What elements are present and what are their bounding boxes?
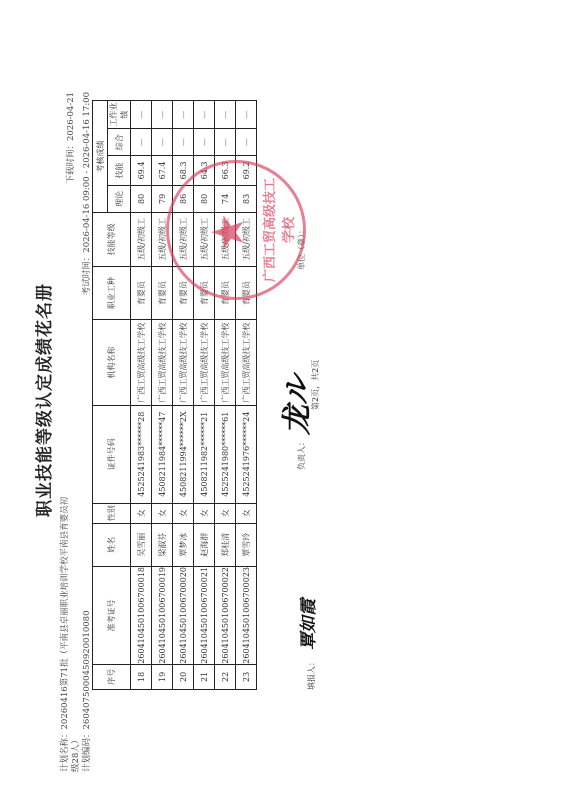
cell-id: 4508211994******2X <box>173 405 194 503</box>
cell-id: 4508211982******21 <box>194 405 215 503</box>
cell-gender: 女 <box>215 503 236 523</box>
cell-org: 广西工贸高级技工学校 <box>215 320 236 405</box>
download-time-label: 下载时间： <box>66 141 76 184</box>
cell-seq: 18 <box>131 664 152 689</box>
cell-overall: — <box>236 129 257 156</box>
cell-level: 五级/初级工 <box>131 212 152 266</box>
header-skill: 技能 <box>108 156 131 186</box>
cell-overall: — <box>215 129 236 156</box>
cell-overall: — <box>152 129 173 156</box>
cell-ticket: 2604104501006700020 <box>173 566 194 664</box>
cell-work: — <box>215 101 236 129</box>
cell-seq: 22 <box>215 664 236 689</box>
seal-text: 广西工贸高级技工学校 <box>259 173 297 287</box>
header-occupation: 职业工种 <box>93 266 131 320</box>
header-seq: 序号 <box>93 664 131 689</box>
cell-org: 广西工贸高级技工学校 <box>236 320 257 405</box>
cell-overall: — <box>173 129 194 156</box>
cell-gender: 女 <box>236 503 257 523</box>
cell-theory: 80 <box>131 185 152 212</box>
cell-occupation: 育婴员 <box>131 266 152 320</box>
header-level: 技能等级 <box>93 212 131 266</box>
cell-seq: 19 <box>152 664 173 689</box>
cell-name: 梁淑芬 <box>152 523 173 566</box>
table-row: 182604104501006700018吴雪丽女4525241983*****… <box>131 101 152 690</box>
cell-occupation: 育婴员 <box>152 266 173 320</box>
header-work: 工作业绩 <box>108 101 131 129</box>
cell-name: 覃梦冰 <box>173 523 194 566</box>
cell-overall: — <box>194 129 215 156</box>
cell-work: — <box>194 101 215 129</box>
page-title: 职业技能等级认定成绩花名册 <box>30 0 55 800</box>
filler-signature: 覃如霞 <box>294 599 319 650</box>
header-name: 姓名 <box>93 523 131 566</box>
official-seal-stamp: ★ 广西工贸高级技工学校 <box>166 160 306 300</box>
cell-seq: 23 <box>236 664 257 689</box>
cell-name: 覃雪玲 <box>236 523 257 566</box>
cell-overall: — <box>131 129 152 156</box>
cell-gender: 女 <box>173 503 194 523</box>
filler-label: 填报人： <box>306 658 317 690</box>
cell-work: — <box>173 101 194 129</box>
plan-code-label: 计划编码： <box>82 729 92 772</box>
cell-ticket: 2604104501006700018 <box>131 566 152 664</box>
cell-gender: 女 <box>152 503 173 523</box>
cell-org: 广西工贸高级技工学校 <box>152 320 173 405</box>
cell-name: 赵海群 <box>194 523 215 566</box>
plan-code-value: 2604075000450920010080 <box>82 611 92 730</box>
cell-ticket: 2604104501006700019 <box>152 566 173 664</box>
cell-ticket: 2604104501006700022 <box>215 566 236 664</box>
exam-time: 考试时间：2026-04-16 09:00 - 2026-04-16 17:00 <box>80 92 92 295</box>
cell-org: 广西工贸高级技工学校 <box>173 320 194 405</box>
cell-name: 郑桂清 <box>215 523 236 566</box>
table-row: 192604104501006700019梁淑芬女4508211984*****… <box>152 101 173 690</box>
header-overall: 综合 <box>108 129 131 156</box>
header-theory: 理论 <box>108 185 131 212</box>
exam-time-value: 2026-04-16 09:00 - 2026-04-16 17:00 <box>82 92 92 253</box>
download-time-value: 2026-04-21 <box>66 92 76 141</box>
cell-work: — <box>131 101 152 129</box>
cell-skill: 69.4 <box>131 156 152 186</box>
cell-name: 吴雪丽 <box>131 523 152 566</box>
header-org: 机构名称 <box>93 320 131 405</box>
rotated-roster-sheet: 职业技能等级认定成绩花名册 计划名称：20260416第71批（平南县卓丽职业培… <box>0 0 566 800</box>
header-gender: 性别 <box>93 503 131 523</box>
cell-skill: 67.4 <box>152 156 173 186</box>
cell-ticket: 2604104501006700021 <box>194 566 215 664</box>
cell-work: — <box>236 101 257 129</box>
plan-name-value: 20260416第71批（平南县卓丽职业培训学校平南县育婴员初 <box>60 497 70 730</box>
exam-time-label: 考试时间： <box>82 253 92 296</box>
header-scores-group: 考核成绩 <box>93 101 108 213</box>
header-id: 证件号码 <box>93 405 131 503</box>
page-number: 第2页，共2页 <box>310 360 321 410</box>
responsible-label: 负责人： <box>296 438 307 470</box>
cell-seq: 20 <box>173 664 194 689</box>
cell-org: 广西工贸高级技工学校 <box>131 320 152 405</box>
cell-id: 4525241980******61 <box>215 405 236 503</box>
plan-name: 计划名称：20260416第71批（平南县卓丽职业培训学校平南县育婴员初 <box>58 497 70 772</box>
cell-work: — <box>152 101 173 129</box>
header-ticket: 准考证号 <box>93 566 131 664</box>
cell-gender: 女 <box>131 503 152 523</box>
cell-gender: 女 <box>194 503 215 523</box>
cell-org: 广西工贸高级技工学校 <box>194 320 215 405</box>
cell-id: 4525241983******28 <box>131 405 152 503</box>
plan-code: 计划编码：2604075000450920010080 <box>80 611 92 773</box>
cell-seq: 21 <box>194 664 215 689</box>
cell-ticket: 2604104501006700023 <box>236 566 257 664</box>
download-time: 下载时间：2026-04-21 <box>64 92 76 184</box>
cell-id: 4508211984******47 <box>152 405 173 503</box>
star-icon: ★ <box>207 213 251 252</box>
cell-id: 4525241976******24 <box>236 405 257 503</box>
